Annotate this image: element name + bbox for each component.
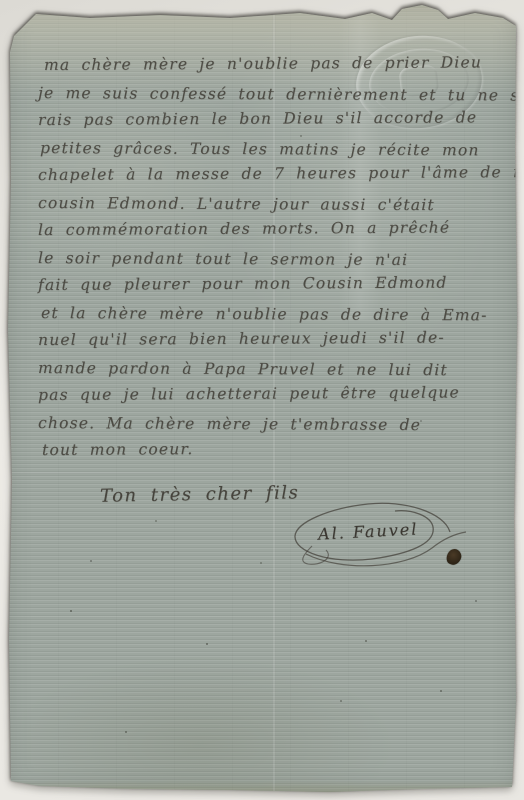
signature-block: Al. Fauvel [282, 496, 467, 576]
letter-body: ma chère mère je n'oublie pas de prier D… [38, 52, 506, 465]
paper-wrapper: ma chère mère je n'oublie pas de prier D… [0, 0, 524, 800]
letter-photo: { "letter": { "lines": [ "ma chère mère … [0, 0, 524, 800]
handwriting-line: rais pas combien le bon Dieu s'il accord… [38, 104, 506, 134]
handwriting-line: la commémoration des morts. On a prêché [38, 214, 506, 244]
handwriting-line: pas que je lui achetterai peut être quel… [38, 379, 506, 409]
horizontal-fold-crease [0, 616, 524, 618]
handwriting-line: chapelet à la messe de 7 heures pour l'â… [38, 159, 506, 189]
handwriting-line: fait que pleurer pour mon Cousin Edmond [38, 269, 506, 299]
handwriting-line: ma chère mère je n'oublie pas de prier D… [44, 49, 506, 79]
letter-closing: Ton très cher fils [100, 482, 300, 506]
handwriting-line: nuel qu'il sera bien heureux jeudi s'il … [38, 324, 506, 354]
paper-specks [0, 0, 2, 2]
horizontal-fold-crease [0, 472, 524, 474]
letter-page: ma chère mère je n'oublie pas de prier D… [0, 0, 524, 800]
handwriting-line: tout mon coeur. [42, 434, 506, 464]
